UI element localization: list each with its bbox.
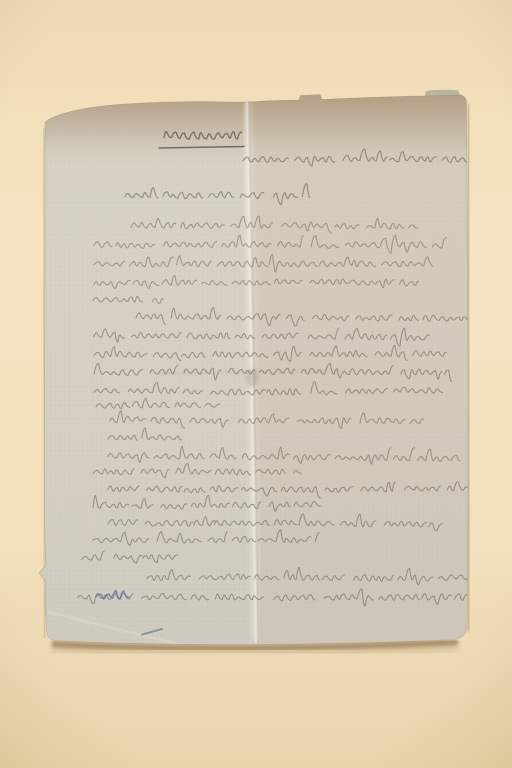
salutation-text: Lieber Hr. Doktor! — [125, 189, 227, 204]
photo-of-letter: Abschrift. Falkenberg, d. 4. Jan. 1934. … — [0, 0, 512, 768]
letter-paper: Abschrift. Falkenberg, d. 4. Jan. 1934. … — [39, 90, 475, 650]
letter-photo-canvas: Abschrift. Falkenberg, d. 4. Jan. 1934. … — [0, 0, 512, 768]
paper-shadow-bottom-soft — [52, 644, 458, 651]
dateline-text: Falkenberg, d. 4. Jan. 1934. — [243, 152, 405, 167]
heading-text: Abschrift. — [164, 129, 218, 144]
